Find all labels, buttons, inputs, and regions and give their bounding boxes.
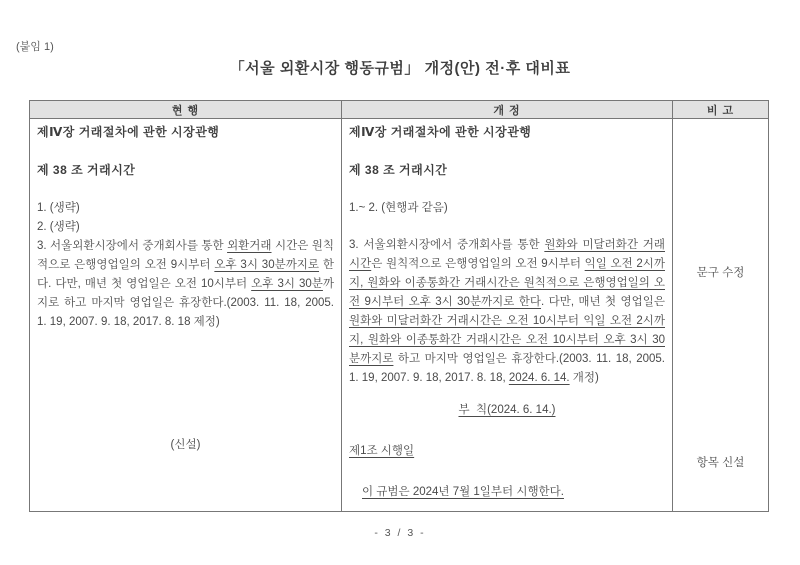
addendum-title-text: 부 칙(2024. 6. 14.): [458, 404, 555, 416]
addendum-article-heading: 제1조 시행일: [349, 442, 665, 461]
remark-wording-change: 문구 수정: [673, 264, 768, 283]
column-header-current: 현 행: [30, 101, 342, 119]
page-title: 「서울 외환시장 행동규범」 개정(안) 전·후 대비표: [0, 57, 800, 78]
remark-new-item: 항목 신설: [673, 454, 768, 473]
addendum-title: 부 칙(2024. 6. 14.): [349, 401, 665, 420]
revised-article-heading: 제 38 조 거래시간: [349, 163, 665, 177]
current-item-2: 2. (생략): [37, 218, 334, 237]
revised-items-1-2: 1.~ 2. (현행과 같음): [349, 199, 665, 218]
addendum-body-text: 이 규범은 2024년 7월 1일부터 시행한다.: [362, 486, 564, 498]
remarks-column-cell: 문구 수정 항목 신설: [673, 119, 769, 512]
revised-column-cell: 제Ⅳ장 거래절차에 관한 시장관행 제 38 조 거래시간 1.~ 2. (현행…: [342, 119, 673, 512]
current-item-1: 1. (생략): [37, 199, 334, 218]
table-header-row: 현 행 개 정 비 고: [30, 101, 769, 119]
current-chapter-heading: 제Ⅳ장 거래절차에 관한 시장관행: [37, 125, 334, 139]
table-body-row: 제Ⅳ장 거래절차에 관한 시장관행 제 38 조 거래시간 1. (생략) 2.…: [30, 119, 769, 512]
comparison-table: 현 행 개 정 비 고 제Ⅳ장 거래절차에 관한 시장관행 제 38 조 거래시…: [29, 100, 769, 512]
new-provision-placeholder: (신설): [37, 436, 334, 455]
current-article-heading: 제 38 조 거래시간: [37, 163, 334, 177]
current-column-cell: 제Ⅳ장 거래절차에 관한 시장관행 제 38 조 거래시간 1. (생략) 2.…: [30, 119, 342, 512]
column-header-remarks: 비 고: [673, 101, 769, 119]
addendum-article-text: 제1조 시행일: [349, 445, 414, 457]
revised-chapter-heading: 제Ⅳ장 거래절차에 관한 시장관행: [349, 125, 665, 139]
revised-item-3-paragraph: 3. 서울외환시장에서 중개회사를 통한 원화와 미달러화간 거래시간은 원칙적…: [349, 236, 665, 388]
attachment-label: (붙임 1): [16, 38, 54, 54]
column-header-revised: 개 정: [342, 101, 673, 119]
addendum-body: 이 규범은 2024년 7월 1일부터 시행한다.: [349, 483, 665, 502]
current-item-3-paragraph: 3. 서울외환시장에서 중개회사를 통한 외환거래 시간은 원칙적으로 은행영업…: [37, 237, 334, 332]
page-number-footer: - 3 / 3 -: [0, 527, 800, 539]
